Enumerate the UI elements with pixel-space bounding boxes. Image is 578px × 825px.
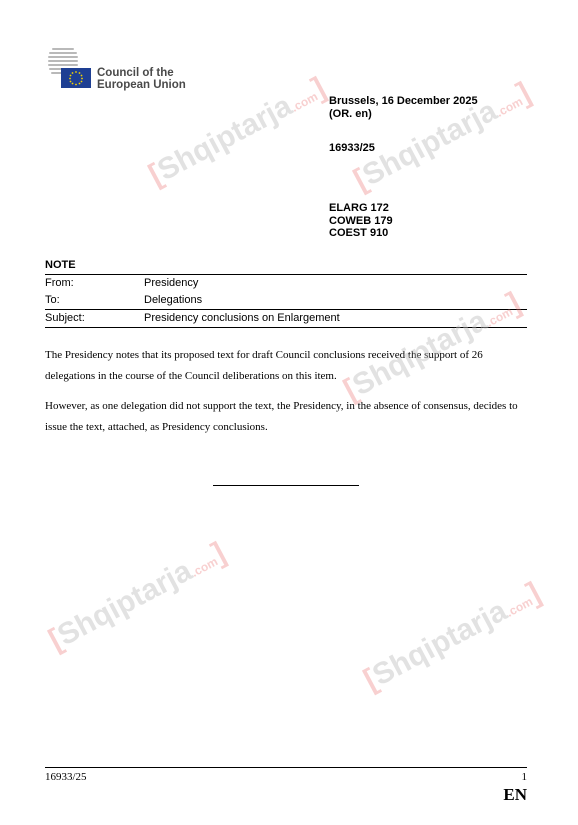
from-row: From: Presidency: [45, 275, 527, 292]
separator-line: [213, 485, 359, 486]
paragraph: However, as one delegation did not suppo…: [45, 396, 535, 438]
page-number: 1: [522, 771, 528, 783]
footer-divider: [45, 767, 527, 768]
original-language: (OR. en): [329, 108, 478, 121]
eu-flag-icon: [61, 68, 91, 88]
footer-doc-ref: 16933/25: [45, 771, 87, 783]
org-name: Council of the European Union: [97, 67, 186, 91]
doc-number: 16933/25: [329, 142, 375, 155]
body-text: The Presidency notes that its proposed t…: [45, 345, 535, 447]
to-row: To: Delegations: [45, 292, 527, 309]
note-table: From: Presidency To: Delegations Subject…: [45, 274, 527, 328]
watermark: [Shqiptarja.com]: [358, 576, 546, 697]
doc-codes: ELARG 172 COWEB 179 COEST 910: [329, 202, 393, 240]
language-code: EN: [503, 785, 527, 805]
council-logo: Council of the European Union: [44, 48, 204, 94]
watermark: [Shqiptarja.com]: [43, 536, 231, 657]
note-label: NOTE: [45, 259, 76, 271]
place-date-block: Brussels, 16 December 2025 (OR. en): [329, 95, 478, 120]
place-date: Brussels, 16 December 2025: [329, 95, 478, 108]
paragraph: The Presidency notes that its proposed t…: [45, 345, 535, 387]
subject-row: Subject: Presidency conclusions on Enlar…: [45, 309, 527, 328]
